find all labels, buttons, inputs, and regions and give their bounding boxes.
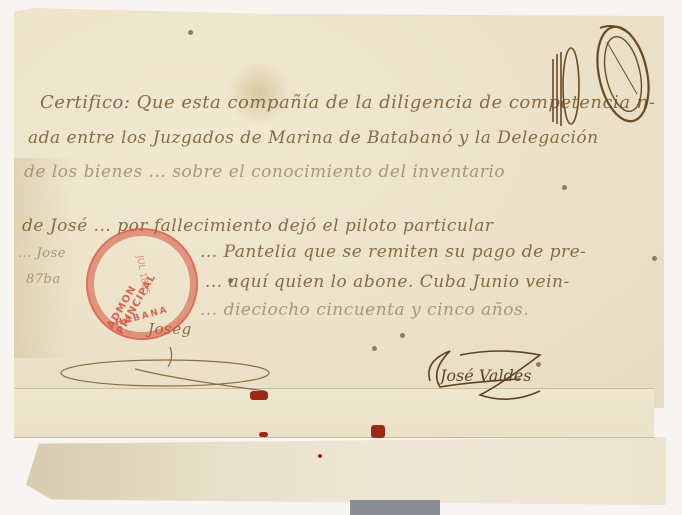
- ink-seal-marks-icon: [545, 14, 655, 129]
- signature-text: José Valdés: [437, 366, 531, 385]
- document-bottom-flap: [26, 437, 666, 505]
- wormhole: [228, 278, 233, 283]
- wax-remnant: [259, 432, 268, 437]
- manuscript-line-5: ... Pantelia que se remiten su pago de p…: [200, 242, 586, 262]
- wax-remnant: [318, 454, 322, 458]
- manuscript-line-6: ... aquí quien lo abone. Cuba Junio vein…: [205, 272, 570, 292]
- manuscript-line-2: ada entre los Juzgados de Marina de Bata…: [28, 128, 599, 148]
- manuscript-line-7: ... dieciocho cincuenta y cinco años.: [200, 300, 529, 320]
- margin-note-1: ... Jose: [18, 246, 66, 261]
- signature-flourish-icon: José Valdés: [420, 345, 560, 405]
- margin-note-2: 87ba: [26, 272, 61, 287]
- wormhole: [652, 256, 657, 261]
- scanner-edge: [350, 500, 440, 515]
- wormhole: [536, 362, 541, 367]
- pen-flourish-icon: [55, 345, 275, 405]
- postal-stamp: ADMON PRINCIPAL JUL 1855 HABANA: [86, 228, 198, 340]
- wormhole: [400, 333, 405, 338]
- wormhole: [188, 30, 193, 35]
- wax-remnant: [250, 391, 268, 400]
- wormhole: [562, 185, 567, 190]
- wormhole: [372, 346, 377, 351]
- wax-remnant: [371, 425, 385, 438]
- manuscript-line-4: de José ... por fallecimiento dejó el pi…: [22, 216, 494, 236]
- manuscript-line-3: de los bienes ... sobre el conocimiento …: [24, 162, 505, 182]
